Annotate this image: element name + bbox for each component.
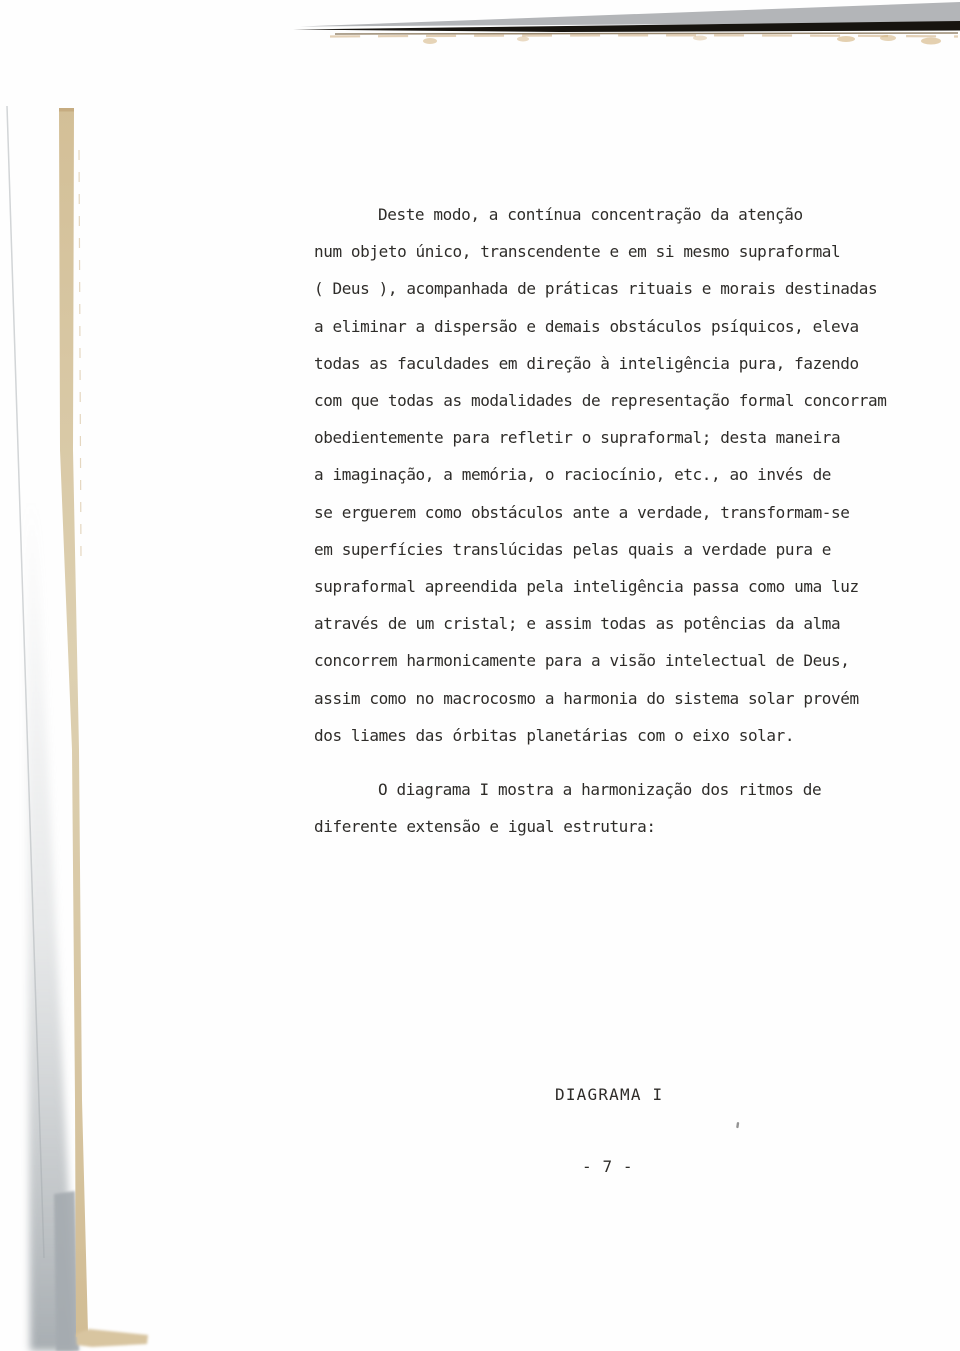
text-line: todas as faculdades em direção à intelig…: [314, 345, 924, 382]
text-line: através de um cristal; e assim todas as …: [314, 605, 924, 642]
text-line: obedientemente para refletir o supraform…: [314, 419, 924, 456]
paragraph-1: Deste modo, a contínua concentração da a…: [314, 196, 924, 754]
text-line: a eliminar a dispersão e demais obstácul…: [314, 308, 924, 345]
text-line: Deste modo, a contínua concentração da a…: [314, 196, 924, 233]
text-line: diferente extensão e igual estrutura:: [314, 808, 924, 845]
text-line: com que todas as modalidades de represen…: [314, 382, 924, 419]
crease-line: [7, 106, 44, 1258]
text-line: O diagrama I mostra a harmonização dos r…: [314, 771, 924, 808]
tan-edge-cap: [59, 108, 74, 112]
tan-edge-foot: [76, 1329, 148, 1347]
paragraph-2: O diagrama I mostra a harmonização dos r…: [314, 771, 924, 845]
curvature-shadow: [26, 500, 76, 1351]
tan-edge-strip: [59, 108, 88, 1337]
text-line: dos liames das órbitas planetárias com o…: [314, 717, 924, 754]
text-line: num objeto único, transcendente e em si …: [314, 233, 924, 270]
tan-thin-line: [79, 150, 81, 560]
scanned-book-page: { "document": { "paragraph1": [ "Deste m…: [0, 0, 960, 1351]
page-number: - 7 -: [582, 1157, 633, 1176]
left-page-edge: [7, 106, 148, 1351]
text-line: se erguerem como obstáculos ante a verda…: [314, 494, 924, 531]
page-content: Deste modo, a contínua concentração da a…: [314, 196, 924, 845]
text-line: em superfícies translúcidas pelas quais …: [314, 531, 924, 568]
top-scan-band: [293, 2, 960, 45]
text-line: concorrem harmonicamente para a visão in…: [314, 642, 924, 679]
diagram-caption: DIAGRAMA I: [555, 1085, 663, 1104]
text-line: ( Deus ), acompanhada de práticas rituai…: [314, 270, 924, 307]
text-line: assim como no macrocosmo a harmonia do s…: [314, 680, 924, 717]
bottom-shadow: [54, 1191, 79, 1351]
tan-specks: [423, 35, 941, 45]
text-line: a imaginação, a memória, o raciocínio, e…: [314, 456, 924, 493]
text-line: supraformal apreendida pela inteligência…: [314, 568, 924, 605]
